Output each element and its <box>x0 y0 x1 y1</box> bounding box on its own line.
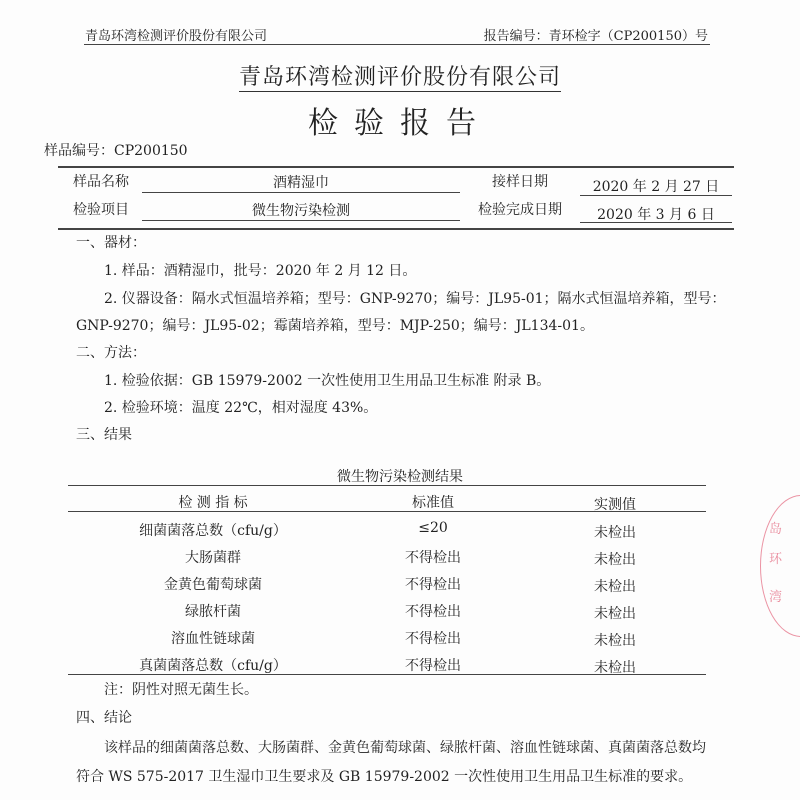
complete-date-value: 2020 年 3 月 6 日 <box>580 204 732 224</box>
sample-number: 样品编号：CP200150 <box>44 140 188 160</box>
cell-measured: 未检出 <box>530 603 700 623</box>
complete-date-underline <box>580 222 732 223</box>
cell-indicator: 真菌菌落总数（cfu/g） <box>68 655 358 675</box>
sample-name-label: 样品名称 <box>73 171 129 191</box>
conclusion-line-2: 符合 WS 575-2017 卫生湿巾卫生要求及 GB 15979-2002 一… <box>76 770 692 784</box>
test-item-label: 检验项目 <box>73 199 129 219</box>
receive-date-underline <box>580 195 732 196</box>
result-heading: 三、结果 <box>76 428 132 442</box>
cell-measured: 未检出 <box>530 549 700 569</box>
cell-standard: 不得检出 <box>358 628 508 648</box>
equipment-item-2-cont: GNP-9270；编号：JL95-02；霉菌培养箱，型号：MJP-250；编号：… <box>76 319 594 333</box>
cell-indicator: 金黄色葡萄球菌 <box>68 574 358 594</box>
table-top-rule <box>68 485 706 486</box>
cell-indicator: 绿脓杆菌 <box>68 601 358 621</box>
cell-indicator: 大肠菌群 <box>68 547 358 567</box>
header-company: 青岛环湾检测评价股份有限公司 <box>85 25 267 44</box>
cell-measured: 未检出 <box>530 630 700 650</box>
cell-standard: 不得检出 <box>358 655 508 675</box>
table-note: 注：阴性对照无菌生长。 <box>104 683 258 697</box>
receive-date-value: 2020 年 2 月 27 日 <box>580 176 732 196</box>
equipment-item-1: 1. 样品：酒精湿巾，批号：2020 年 2 月 12 日。 <box>104 264 416 278</box>
conclusion-line-1: 该样品的细菌菌落总数、大肠菌群、金黄色葡萄球菌、绿脓杆菌、溶血性链球菌、真菌菌落… <box>104 741 706 755</box>
table-title: 微生物污染检测结果 <box>0 466 800 486</box>
cell-standard: 不得检出 <box>358 547 508 567</box>
report-title: 检验报告 <box>0 98 800 142</box>
method-item-2: 2. 检验环境：温度 22℃，相对湿度 43%。 <box>104 401 377 415</box>
table-bottom-rule <box>68 674 706 675</box>
company-seal-stamp: 岛 环 湾 <box>760 495 800 637</box>
stamp-char: 湾 <box>769 586 782 605</box>
info-bottom-rule <box>58 228 734 230</box>
cell-indicator: 溶血性链球菌 <box>68 628 358 648</box>
report-number: 报告编号：青环检字（CP200150）号 <box>484 25 708 44</box>
stamp-char: 环 <box>769 548 782 567</box>
receive-date-label: 接样日期 <box>492 171 548 191</box>
table-header-rule <box>68 511 706 512</box>
company-name: 青岛环湾检测评价股份有限公司 <box>239 65 561 92</box>
method-heading: 二、方法： <box>76 346 146 360</box>
cell-standard: 不得检出 <box>358 574 508 594</box>
test-item-underline <box>142 220 460 221</box>
table-header-standard: 标准值 <box>358 492 508 512</box>
info-top-rule <box>58 166 734 168</box>
equipment-item-2: 2. 仪器设备：隔水式恒温培养箱；型号：GNP-9270；编号：JL95-01；… <box>104 292 726 306</box>
sample-name-value: 酒精湿巾 <box>142 172 460 192</box>
test-item-value: 微生物污染检测 <box>142 200 460 220</box>
conclusion-heading: 四、结论 <box>76 711 132 725</box>
method-item-1: 1. 检验依据：GB 15979-2002 一次性使用卫生用品卫生标准 附录 B… <box>104 374 550 388</box>
cell-standard: ≤20 <box>358 520 508 536</box>
stamp-char: 岛 <box>769 518 782 537</box>
sample-name-underline <box>142 192 460 193</box>
company-name-block: 青岛环湾检测评价股份有限公司 <box>0 60 800 91</box>
cell-standard: 不得检出 <box>358 601 508 621</box>
header-divider <box>84 44 710 45</box>
cell-measured: 未检出 <box>530 522 700 542</box>
cell-indicator: 细菌菌落总数（cfu/g） <box>68 520 358 540</box>
equipment-heading: 一、器材： <box>76 236 146 250</box>
cell-measured: 未检出 <box>530 576 700 596</box>
complete-date-label: 检验完成日期 <box>478 199 562 219</box>
table-header-indicator: 检 测 指 标 <box>68 492 358 512</box>
